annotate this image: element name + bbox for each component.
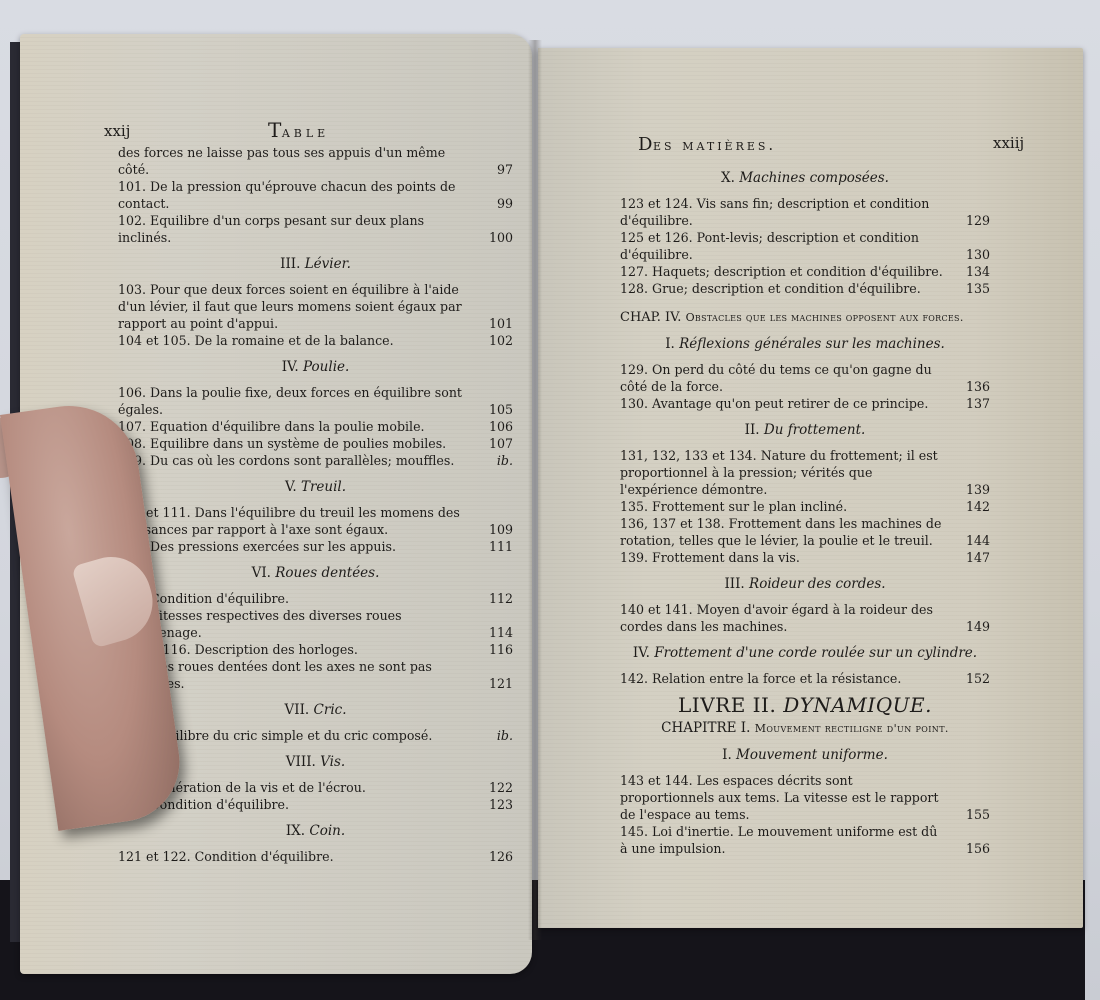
section-title: Machines composées. bbox=[739, 170, 889, 186]
toc-entry: 127. Haquets; description et condition d… bbox=[620, 263, 990, 280]
section-title: Poulie. bbox=[303, 359, 349, 375]
entry-text: 135. Frottement sur le plan incliné. bbox=[620, 499, 847, 514]
entry-text: 142. Relation entre la force et la résis… bbox=[620, 671, 901, 686]
section-title: Roideur des cordes. bbox=[749, 576, 886, 592]
toc-entry: 110 et 111. Dans l'équilibre du treuil l… bbox=[118, 504, 513, 538]
toc-right: X. Machines composées.123 et 124. Vis sa… bbox=[620, 160, 990, 857]
section-title: Coin. bbox=[309, 823, 345, 839]
toc-entry: 106. Dans la poulie fixe, deux forces en… bbox=[118, 384, 513, 418]
chapter-title: Obstacles que les machines opposent aux … bbox=[686, 311, 964, 324]
section-numeral: VI. bbox=[252, 565, 271, 581]
entry-text: 101. De la pression qu'éprouve chacun de… bbox=[118, 179, 456, 211]
running-head-left: Table bbox=[268, 118, 329, 142]
page-number: 100 bbox=[473, 229, 513, 246]
entry-text: 108. Equilibre dans un système de poulie… bbox=[118, 436, 446, 451]
chapitre-label: CHAPITRE I. bbox=[661, 720, 750, 736]
entry-text: 140 et 141. Moyen d'avoir égard à la roi… bbox=[620, 602, 933, 634]
section-numeral: IV. bbox=[633, 645, 650, 661]
toc-entry: 120. Condition d'équilibre.123 bbox=[118, 796, 513, 813]
page-number: 123 bbox=[473, 796, 513, 813]
section-title: Roues dentées. bbox=[275, 565, 379, 581]
page-number: ib. bbox=[473, 452, 513, 469]
page-number: 121 bbox=[473, 675, 513, 692]
entry-text: 145. Loi d'inertie. Le mouvement uniform… bbox=[620, 824, 937, 856]
section-numeral: I. bbox=[665, 336, 675, 352]
section-numeral: II. bbox=[745, 422, 760, 438]
toc-entry: 121 et 122. Condition d'équilibre.126 bbox=[118, 848, 513, 865]
section-numeral: III. bbox=[724, 576, 744, 592]
toc-entry: 131, 132, 133 et 134. Nature du frotteme… bbox=[620, 447, 990, 498]
section-numeral: I. bbox=[722, 747, 732, 763]
page-number: ib. bbox=[473, 727, 513, 744]
running-head-right: Des matières. bbox=[638, 134, 776, 155]
toc-entry: 107. Equation d'équilibre dans la poulie… bbox=[118, 418, 513, 435]
page-number: 156 bbox=[950, 840, 990, 857]
page-number: 134 bbox=[950, 263, 990, 280]
page-number: 97 bbox=[473, 161, 513, 178]
toc-entry: 101. De la pression qu'éprouve chacun de… bbox=[118, 178, 513, 212]
toc-entry: 129. On perd du côté du tems ce qu'on ga… bbox=[620, 361, 990, 395]
book-part-heading: LIVRE II. DYNAMIQUE. bbox=[620, 697, 990, 714]
section-heading: IV. Poulie. bbox=[118, 359, 513, 376]
folio-right: xxiij bbox=[993, 134, 1024, 152]
entry-text: 131, 132, 133 et 134. Nature du frotteme… bbox=[620, 448, 938, 497]
toc-entry: 102. Equilibre d'un corps pesant sur deu… bbox=[118, 212, 513, 246]
page-number: 135 bbox=[950, 280, 990, 297]
toc-entry: 142. Relation entre la force et la résis… bbox=[620, 670, 990, 687]
entry-text: 104 et 105. De la romaine et de la balan… bbox=[118, 333, 394, 348]
page-number: 114 bbox=[473, 624, 513, 641]
page-number: 109 bbox=[473, 521, 513, 538]
section-heading: IV. Frottement d'une corde roulée sur un… bbox=[620, 645, 990, 662]
section-heading: I. Réflexions générales sur les machines… bbox=[620, 336, 990, 353]
entry-text: 102. Equilibre d'un corps pesant sur deu… bbox=[118, 213, 424, 245]
page-number: 126 bbox=[473, 848, 513, 865]
section-numeral: III. bbox=[280, 256, 300, 272]
section-title: Vis. bbox=[320, 754, 345, 770]
toc-entry: 117. Des roues dentées dont les axes ne … bbox=[118, 658, 513, 692]
chapitre-heading: CHAPITRE I. Mouvement rectiligne d'un po… bbox=[620, 720, 990, 737]
toc-entry: 119. Génération de la vis et de l'écrou.… bbox=[118, 779, 513, 796]
entry-text: 127. Haquets; description et condition d… bbox=[620, 264, 943, 279]
page-number: 149 bbox=[950, 618, 990, 635]
section-title: Lévier. bbox=[305, 256, 351, 272]
entry-text: 110 et 111. Dans l'équilibre du treuil l… bbox=[118, 505, 460, 537]
section-numeral: VII. bbox=[285, 702, 310, 718]
folio-left: xxij bbox=[104, 122, 130, 140]
entry-text: 136, 137 et 138. Frottement dans les mac… bbox=[620, 516, 941, 548]
section-numeral: VIII. bbox=[286, 754, 316, 770]
entry-text: 109. Du cas où les cordons sont parallèl… bbox=[118, 453, 454, 468]
section-heading: III. Lévier. bbox=[118, 256, 513, 273]
section-heading: V. Treuil. bbox=[118, 479, 513, 496]
section-title: Treuil. bbox=[301, 479, 346, 495]
section-title: Cric. bbox=[314, 702, 347, 718]
entry-text: 129. On perd du côté du tems ce qu'on ga… bbox=[620, 362, 932, 394]
entry-text: des forces ne laisse pas tous ses appuis… bbox=[118, 145, 445, 177]
page-number: 102 bbox=[473, 332, 513, 349]
section-title: Mouvement uniforme. bbox=[736, 747, 888, 763]
toc-entry: 130. Avantage qu'on peut retirer de ce p… bbox=[620, 395, 990, 412]
entry-text: 107. Equation d'équilibre dans la poulie… bbox=[118, 419, 425, 434]
entry-text: 130. Avantage qu'on peut retirer de ce p… bbox=[620, 396, 928, 411]
chapitre-title: Mouvement rectiligne d'un point. bbox=[755, 722, 949, 735]
entry-text: 128. Grue; description et condition d'éq… bbox=[620, 281, 921, 296]
toc-entry: 139. Frottement dans la vis.147 bbox=[620, 549, 990, 566]
toc-entry: des forces ne laisse pas tous ses appuis… bbox=[118, 144, 513, 178]
toc-entry: 114. Vitesses respectives des diverses r… bbox=[118, 607, 513, 641]
page-number: 101 bbox=[473, 315, 513, 332]
page-number: 130 bbox=[950, 246, 990, 263]
page-number: 106 bbox=[473, 418, 513, 435]
page-number: 111 bbox=[473, 538, 513, 555]
page-number: 99 bbox=[473, 195, 513, 212]
toc-entry: 135. Frottement sur le plan incliné.142 bbox=[620, 498, 990, 515]
toc-entry: 115 et 116. Description des horloges.116 bbox=[118, 641, 513, 658]
toc-entry: 112. Des pressions exercées sur les appu… bbox=[118, 538, 513, 555]
entry-text: 139. Frottement dans la vis. bbox=[620, 550, 800, 565]
section-numeral: X. bbox=[721, 170, 735, 186]
page-number: 116 bbox=[473, 641, 513, 658]
entry-text: 112. Des pressions exercées sur les appu… bbox=[118, 539, 396, 554]
page-number: 152 bbox=[950, 670, 990, 687]
entry-text: 121 et 122. Condition d'équilibre. bbox=[118, 849, 334, 864]
page-number: 142 bbox=[950, 498, 990, 515]
section-heading: VI. Roues dentées. bbox=[118, 565, 513, 582]
entry-text: 125 et 126. Pont-levis; description et c… bbox=[620, 230, 919, 262]
toc-entry: 136, 137 et 138. Frottement dans les mac… bbox=[620, 515, 990, 549]
page-number: 147 bbox=[950, 549, 990, 566]
toc-entry: 125 et 126. Pont-levis; description et c… bbox=[620, 229, 990, 263]
page-number: 139 bbox=[950, 481, 990, 498]
toc-entry: 104 et 105. De la romaine et de la balan… bbox=[118, 332, 513, 349]
page-number: 112 bbox=[473, 590, 513, 607]
entry-text: 106. Dans la poulie fixe, deux forces en… bbox=[118, 385, 462, 417]
toc-entry: 143 et 144. Les espaces décrits sont pro… bbox=[620, 772, 990, 823]
page-number: 136 bbox=[950, 378, 990, 395]
toc-entry: 103. Pour que deux forces soient en équi… bbox=[118, 281, 513, 332]
page-number: 105 bbox=[473, 401, 513, 418]
entry-text: 143 et 144. Les espaces décrits sont pro… bbox=[620, 773, 939, 822]
section-heading: X. Machines composées. bbox=[620, 170, 990, 187]
thumbnail bbox=[71, 548, 162, 649]
book-gutter bbox=[528, 40, 542, 940]
section-numeral: IX. bbox=[286, 823, 305, 839]
page-number: 129 bbox=[950, 212, 990, 229]
section-heading: III. Roideur des cordes. bbox=[620, 576, 990, 593]
right-page: Des matières. xxiij X. Machines composée… bbox=[538, 48, 1083, 928]
section-heading: IX. Coin. bbox=[118, 823, 513, 840]
toc-entry: 128. Grue; description et condition d'éq… bbox=[620, 280, 990, 297]
section-heading: VII. Cric. bbox=[118, 702, 513, 719]
livre-title: DYNAMIQUE. bbox=[783, 693, 932, 717]
chapter-label: CHAP. IV. bbox=[620, 310, 681, 325]
page-number: 137 bbox=[950, 395, 990, 412]
section-numeral: IV. bbox=[282, 359, 299, 375]
section-heading: II. Du frottement. bbox=[620, 422, 990, 439]
toc-entry: 123 et 124. Vis sans fin; description et… bbox=[620, 195, 990, 229]
toc-entry: 109. Du cas où les cordons sont parallèl… bbox=[118, 452, 513, 469]
page-number: 107 bbox=[473, 435, 513, 452]
section-numeral: V. bbox=[285, 479, 297, 495]
chapter-heading: CHAP. IV. Obstacles que les machines opp… bbox=[620, 309, 990, 326]
toc-entry: 140 et 141. Moyen d'avoir égard à la roi… bbox=[620, 601, 990, 635]
toc-entry: 113. Condition d'équilibre.112 bbox=[118, 590, 513, 607]
section-heading: I. Mouvement uniforme. bbox=[620, 747, 990, 764]
entry-text: 123 et 124. Vis sans fin; description et… bbox=[620, 196, 929, 228]
entry-text: 103. Pour que deux forces soient en équi… bbox=[118, 282, 462, 331]
page-number: 144 bbox=[950, 532, 990, 549]
page-number: 122 bbox=[473, 779, 513, 796]
toc-entry: 145. Loi d'inertie. Le mouvement uniform… bbox=[620, 823, 990, 857]
section-title: Frottement d'une corde roulée sur un cyl… bbox=[654, 645, 977, 661]
section-title: Réflexions générales sur les machines. bbox=[679, 336, 945, 352]
page-number: 155 bbox=[950, 806, 990, 823]
toc-entry: 108. Equilibre dans un système de poulie… bbox=[118, 435, 513, 452]
section-title: Du frottement. bbox=[764, 422, 865, 438]
livre-label: LIVRE II. bbox=[678, 693, 776, 717]
